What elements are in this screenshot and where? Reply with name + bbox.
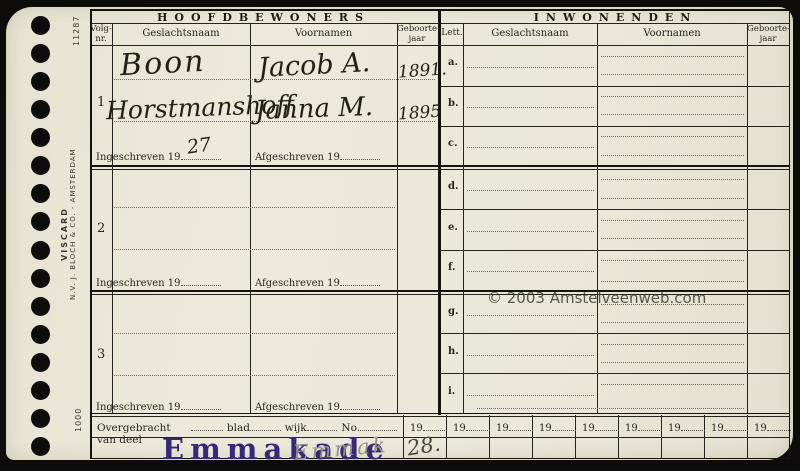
ingeschreven-row-1: Ingeschreven 19: [96, 148, 221, 163]
ingeschreven-row-3: Ingeschreven 19: [96, 398, 221, 413]
year-cell: 19: [453, 423, 466, 434]
row-letter-i: i.: [448, 386, 455, 397]
year-cell: 19: [625, 423, 638, 434]
group-number-1: 1: [97, 95, 105, 110]
header-geboortejaar-left: Geboorte- jaar: [397, 25, 437, 44]
watermark-text: © 2003 Amstelveenweb.com: [487, 289, 706, 307]
afgeschreven-label: Afgeschreven 19: [255, 152, 340, 163]
section-title-inwonenden: INWONENDEN: [441, 11, 790, 24]
row-letter-h: h.: [448, 346, 459, 357]
handwriting-surname-1: Boon: [119, 44, 206, 83]
header-geslachtsnaam-left: Geslachtsnaam: [112, 28, 250, 39]
year-cell: 19: [539, 423, 552, 434]
printer-imprint: VISCARD N.V. J. BLOCH & CO. - AMSTERDAM: [60, 168, 77, 300]
row-letter-c: c.: [448, 138, 458, 149]
afgeschreven-row-2: Afgeschreven 19: [255, 274, 380, 289]
row-letter-e: e.: [448, 222, 458, 233]
year-cell: 19: [410, 423, 423, 434]
year-cell: 19: [711, 423, 724, 434]
row-letter-a: a.: [448, 57, 458, 68]
handwriting-firstnames-2: Janna M.: [255, 92, 374, 126]
printer-brand: VISCARD: [60, 168, 69, 300]
handwriting-year-2: 1895: [397, 102, 442, 125]
year-cell: 19: [582, 423, 595, 434]
year-cell: 19: [668, 423, 681, 434]
row-letter-b: b.: [448, 98, 458, 109]
group-number-2: 2: [97, 221, 105, 236]
afgeschreven-row-1: Afgeschreven 19: [255, 148, 380, 163]
header-volgnr: Volg- nr.: [90, 25, 112, 44]
row-letter-d: d.: [448, 181, 458, 192]
header-lett: Lett.: [441, 28, 463, 38]
row-letter-f: f.: [448, 262, 455, 273]
header-voornamen-left: Voornamen: [250, 28, 397, 39]
header-geslachtsnaam-right: Geslachtsnaam: [463, 28, 597, 39]
afgeschreven-row-3: Afgeschreven 19: [255, 398, 380, 413]
printer-name: N.V. J. BLOCH & CO. - AMSTERDAM: [69, 168, 77, 300]
card-serial-number: 11287: [72, 16, 81, 46]
group-number-3: 3: [97, 347, 105, 362]
card-stock-number: 1000: [74, 408, 83, 432]
ingeschreven-label: Ingeschreven 19: [96, 152, 181, 163]
handwriting-firstnames-1: Jacob A.: [257, 47, 371, 84]
handwriting-year-1: 1891.: [397, 59, 447, 82]
header-voornamen-right: Voornamen: [597, 28, 747, 39]
scanned-register-card: 11287 VISCARD N.V. J. BLOCH & CO. - AMST…: [0, 0, 800, 471]
row-letter-g: g.: [448, 306, 458, 317]
ingeschreven-row-2: Ingeschreven 19: [96, 274, 221, 289]
section-title-hoofdbewoners: HOOFDBEWONERS: [90, 11, 437, 24]
year-cell: 19: [754, 423, 767, 434]
header-geboortejaar-right: Geboorte- jaar: [747, 25, 789, 44]
year-cell: 19: [496, 423, 509, 434]
